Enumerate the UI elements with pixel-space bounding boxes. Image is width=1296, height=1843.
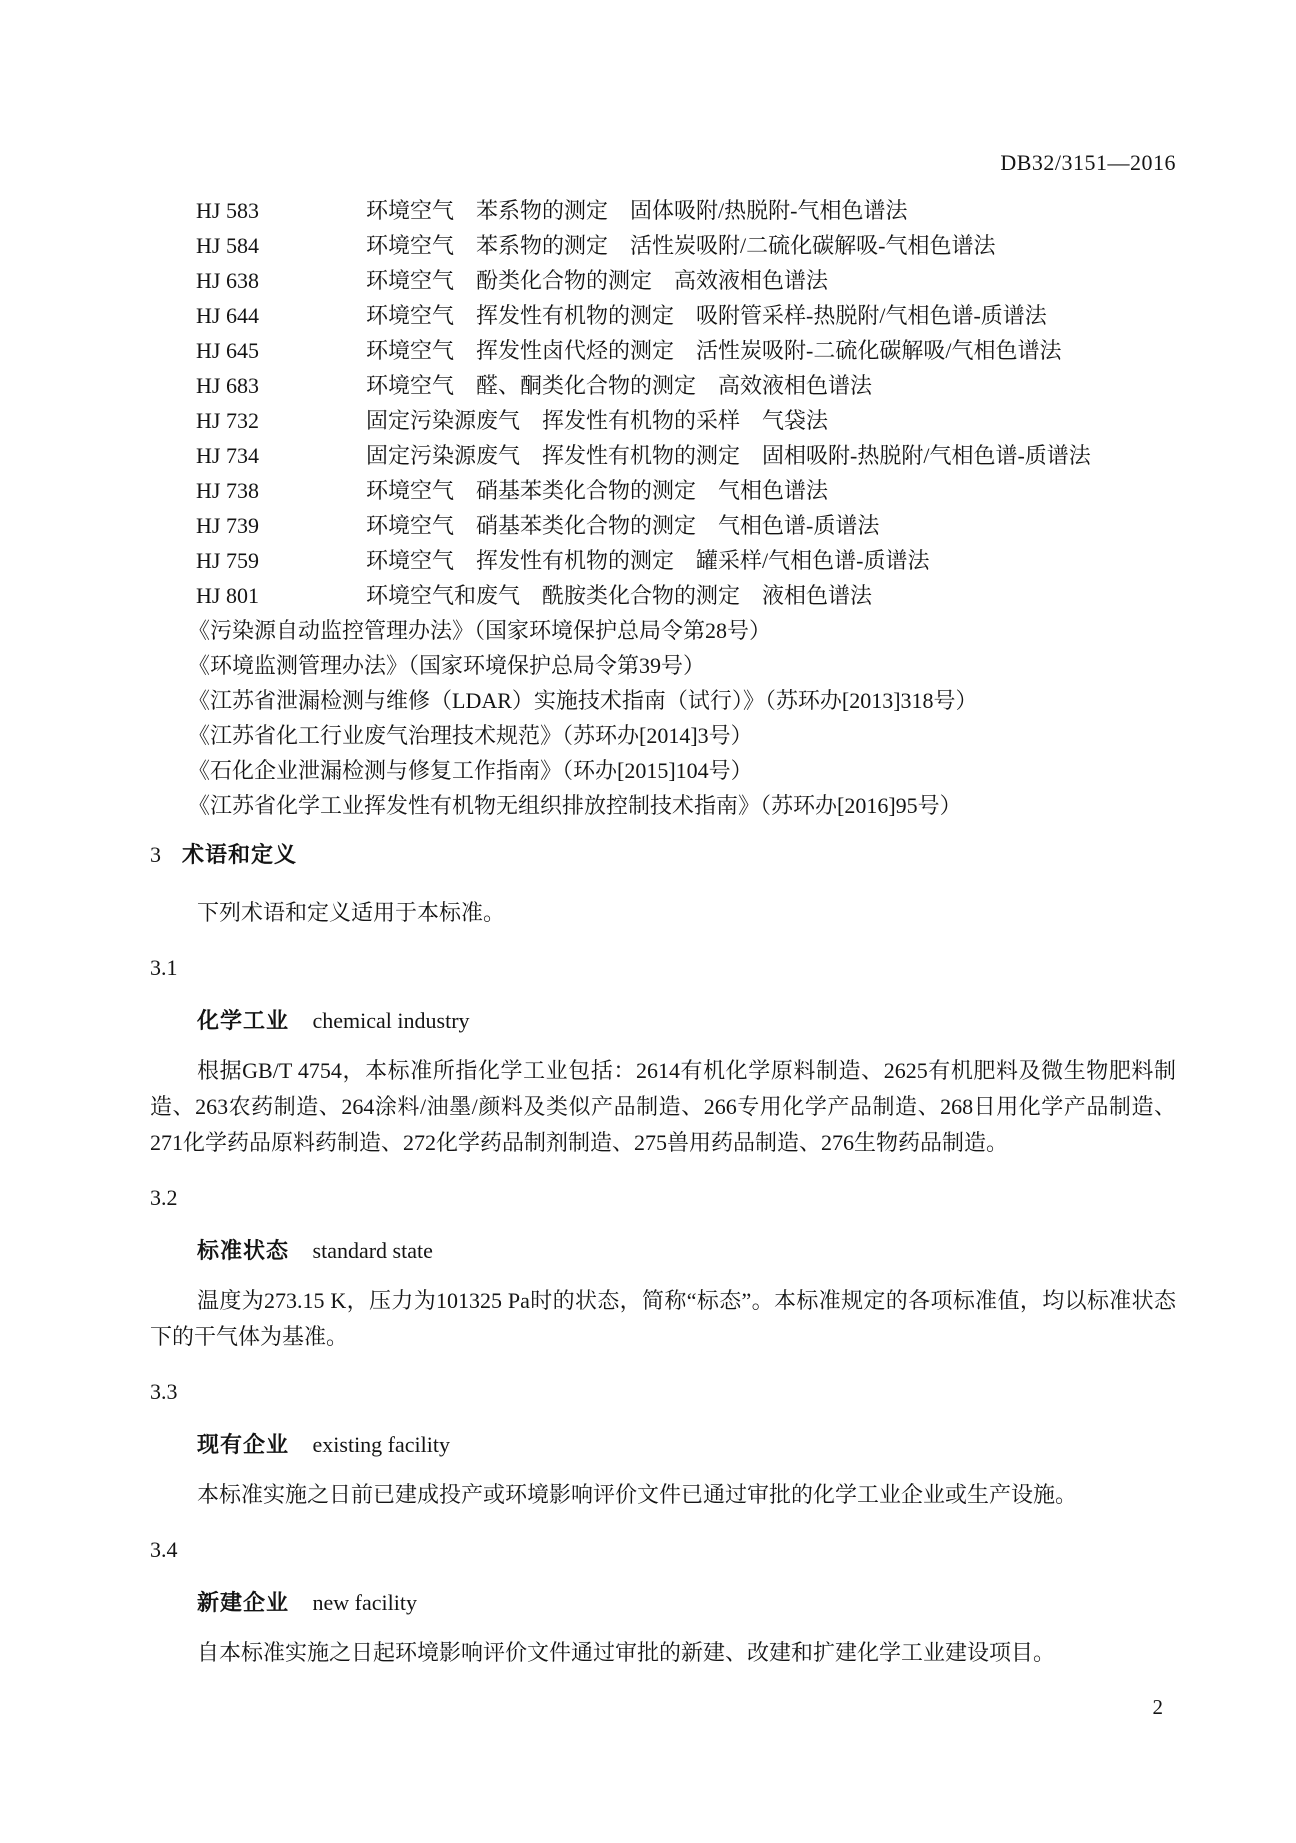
term-english: standard state [313,1238,433,1263]
standard-list-item: HJ 638 环境空气 酚类化合物的测定 高效液相色谱法 [150,263,1176,298]
term-chinese: 化学工业 [197,1008,289,1033]
term-chinese: 新建企业 [197,1590,289,1615]
standard-description: 环境空气 苯系物的测定 固体吸附/热脱附-气相色谱法 [366,193,1176,228]
standard-list-item: HJ 583 环境空气 苯系物的测定 固体吸附/热脱附-气相色谱法 [150,193,1176,228]
standard-code: HJ 759 [196,543,366,578]
standard-code: HJ 638 [196,263,366,298]
standard-description: 环境空气 醛、酮类化合物的测定 高效液相色谱法 [366,368,1176,403]
standard-code: HJ 738 [196,473,366,508]
reference-item: 《污染源自动监控管理办法》（国家环境保护总局令第28号） [150,613,1176,648]
document-page: DB32/3151—2016 HJ 583 环境空气 苯系物的测定 固体吸附/热… [0,0,1296,1843]
reference-item: 《石化企业泄漏检测与修复工作指南》（环办[2015]104号） [150,753,1176,788]
subsection: 3.2 标准状态 standard state 温度为273.15 K，压力为1… [150,1181,1176,1355]
standard-description: 环境空气 挥发性有机物的测定 吸附管采样-热脱附/气相色谱-质谱法 [366,298,1176,333]
subsection-body: 温度为273.15 K，压力为101325 Pa时的状态，简称“标态”。本标准规… [150,1283,1176,1355]
subsection: 3.4 新建企业 new facility 自本标准实施之日起环境影响评价文件通… [150,1533,1176,1671]
standard-code: HJ 732 [196,403,366,438]
subsection-number: 3.1 [150,951,1176,985]
standard-description: 环境空气 挥发性有机物的测定 罐采样/气相色谱-质谱法 [366,543,1176,578]
standard-code: HJ 683 [196,368,366,403]
term-english: chemical industry [313,1008,470,1033]
section-title: 术语和定义 [182,841,297,869]
standard-list-item: HJ 759 环境空气 挥发性有机物的测定 罐采样/气相色谱-质谱法 [150,543,1176,578]
standard-code: HJ 645 [196,333,366,368]
term-english: new facility [313,1590,417,1615]
section-number: 3 [150,841,182,869]
subsection-number: 3.4 [150,1533,1176,1567]
standard-list-item: HJ 644 环境空气 挥发性有机物的测定 吸附管采样-热脱附/气相色谱-质谱法 [150,298,1176,333]
section-intro-paragraph: 下列术语和定义适用于本标准。 [150,895,1176,931]
term-english: existing facility [313,1432,450,1457]
standard-list-item: HJ 732 固定污染源废气 挥发性有机物的采样 气袋法 [150,403,1176,438]
subsection: 3.1 化学工业 chemical industry 根据GB/T 4754，本… [150,951,1176,1161]
standard-description: 环境空气 硝基苯类化合物的测定 气相色谱-质谱法 [366,508,1176,543]
subsection-body: 根据GB/T 4754，本标准所指化学工业包括：2614有机化学原料制造、262… [150,1053,1176,1161]
standard-code: HJ 584 [196,228,366,263]
reference-item: 《江苏省化学工业挥发性有机物无组织排放控制技术指南》（苏环办[2016]95号） [150,788,1176,823]
term-line: 化学工业 chemical industry [150,1003,1176,1039]
standard-code: HJ 583 [196,193,366,228]
subsection-body: 本标准实施之日前已建成投产或环境影响评价文件已通过审批的化学工业企业或生产设施。 [150,1477,1176,1513]
term-line: 现有企业 existing facility [150,1427,1176,1463]
standard-list-item: HJ 645 环境空气 挥发性卤代烃的测定 活性炭吸附-二硫化碳解吸/气相色谱法 [150,333,1176,368]
term-line: 标准状态 standard state [150,1233,1176,1269]
reference-item: 《江苏省泄漏检测与维修（LDAR）实施技术指南（试行）》（苏环办[2013]31… [150,683,1176,718]
standard-list-item: HJ 683 环境空气 醛、酮类化合物的测定 高效液相色谱法 [150,368,1176,403]
standard-list-item: HJ 734 固定污染源废气 挥发性有机物的测定 固相吸附-热脱附/气相色谱-质… [150,438,1176,473]
reference-item: 《江苏省化工行业废气治理技术规范》（苏环办[2014]3号） [150,718,1176,753]
standard-code: HJ 801 [196,578,366,613]
standard-code: HJ 739 [196,508,366,543]
standard-description: 环境空气 硝基苯类化合物的测定 气相色谱法 [366,473,1176,508]
subsections: 3.1 化学工业 chemical industry 根据GB/T 4754，本… [150,951,1176,1671]
reference-item: 《环境监测管理办法》（国家环境保护总局令第39号） [150,648,1176,683]
standard-code: HJ 734 [196,438,366,473]
subsection-number: 3.2 [150,1181,1176,1215]
standard-description: 环境空气 苯系物的测定 活性炭吸附/二硫化碳解吸-气相色谱法 [366,228,1176,263]
standard-description: 环境空气 酚类化合物的测定 高效液相色谱法 [366,263,1176,298]
standard-list-item: HJ 738 环境空气 硝基苯类化合物的测定 气相色谱法 [150,473,1176,508]
standard-list-item: HJ 584 环境空气 苯系物的测定 活性炭吸附/二硫化碳解吸-气相色谱法 [150,228,1176,263]
document-code-header: DB32/3151—2016 [150,150,1176,175]
standard-list-item: HJ 801 环境空气和废气 酰胺类化合物的测定 液相色谱法 [150,578,1176,613]
standard-code: HJ 644 [196,298,366,333]
standard-description: 环境空气和废气 酰胺类化合物的测定 液相色谱法 [366,578,1176,613]
subsection-body: 自本标准实施之日起环境影响评价文件通过审批的新建、改建和扩建化学工业建设项目。 [150,1635,1176,1671]
standard-list-item: HJ 739 环境空气 硝基苯类化合物的测定 气相色谱-质谱法 [150,508,1176,543]
term-chinese: 标准状态 [197,1238,289,1263]
term-chinese: 现有企业 [197,1432,289,1457]
subsection: 3.3 现有企业 existing facility 本标准实施之日前已建成投产… [150,1375,1176,1513]
standard-description: 环境空气 挥发性卤代烃的测定 活性炭吸附-二硫化碳解吸/气相色谱法 [366,333,1176,368]
section-heading: 3 术语和定义 [150,841,1176,869]
standards-list: HJ 583 环境空气 苯系物的测定 固体吸附/热脱附-气相色谱法 HJ 584… [150,193,1176,613]
standard-description: 固定污染源废气 挥发性有机物的采样 气袋法 [366,403,1176,438]
page-number: 2 [1153,1695,1164,1719]
term-line: 新建企业 new facility [150,1585,1176,1621]
subsection-number: 3.3 [150,1375,1176,1409]
standard-description: 固定污染源废气 挥发性有机物的测定 固相吸附-热脱附/气相色谱-质谱法 [366,438,1176,473]
references-list: 《污染源自动监控管理办法》（国家环境保护总局令第28号） 《环境监测管理办法》（… [150,613,1176,823]
